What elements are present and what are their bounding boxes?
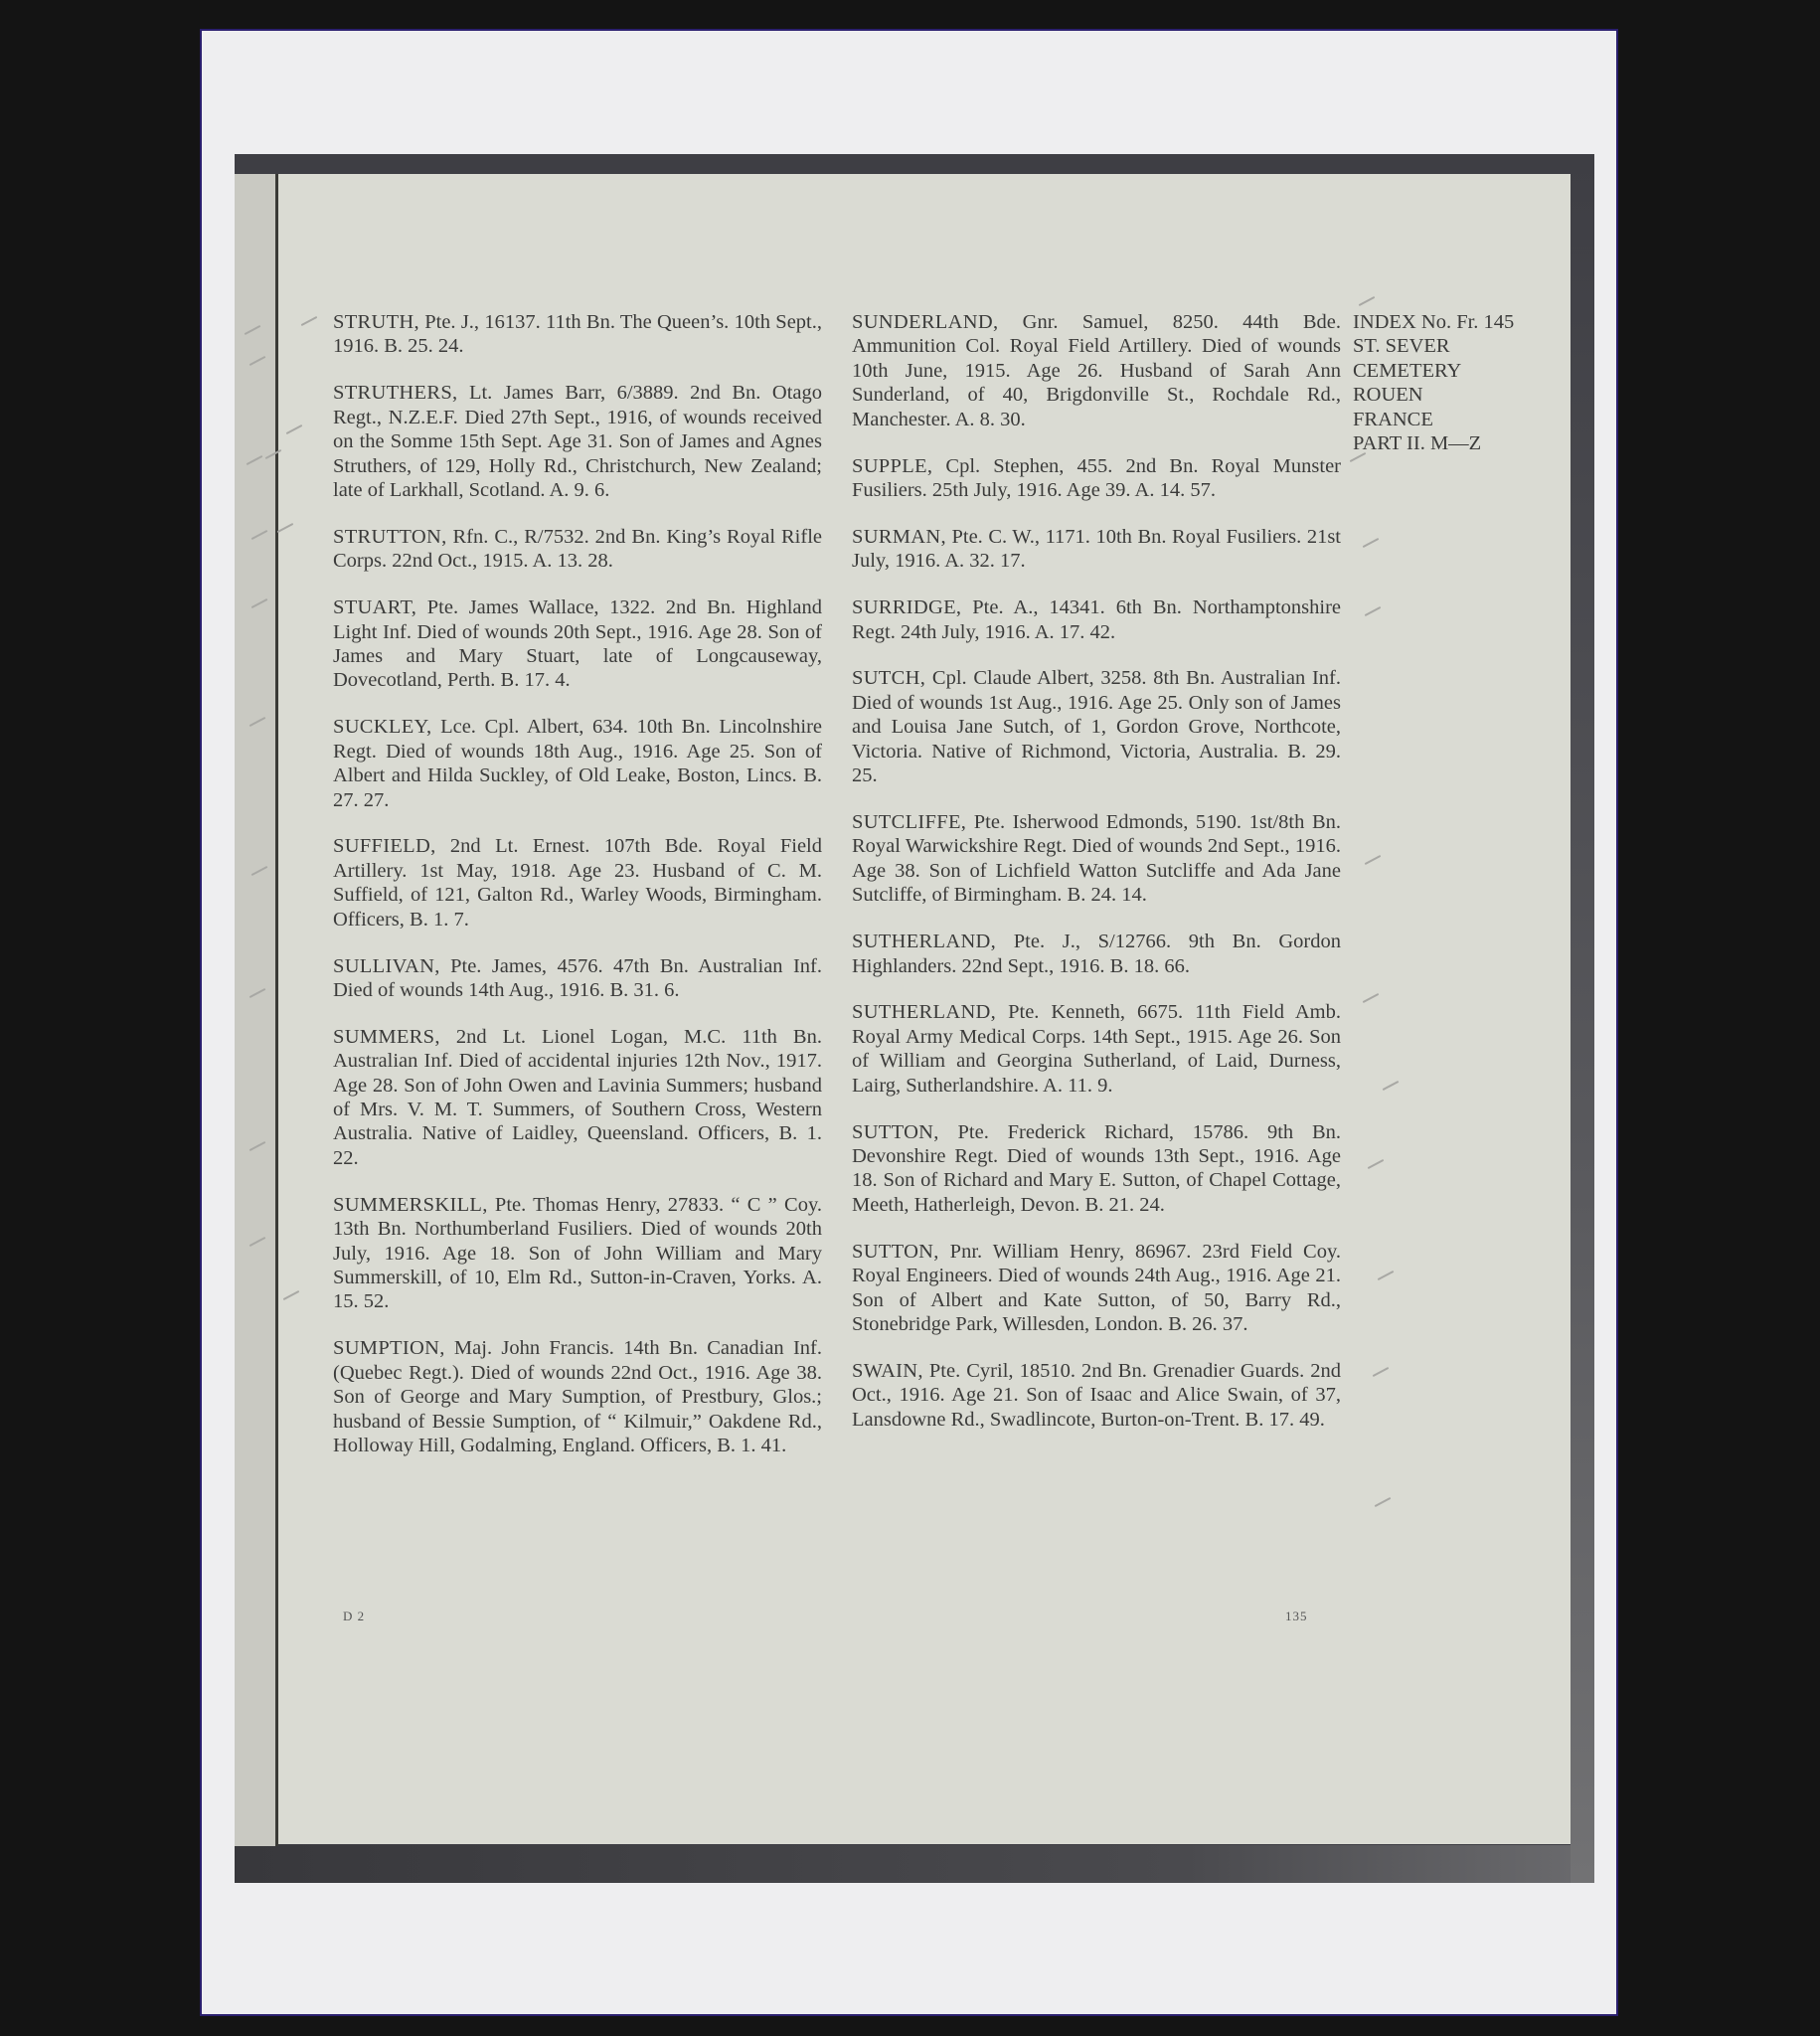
register-entry: SUTCH, Cpl. Claude Albert, 3258. 8th Bn.… <box>852 666 1341 787</box>
register-entry: STUART, Pte. James Wallace, 1322. 2nd Bn… <box>333 595 822 693</box>
photo-right-border <box>1571 154 1594 1883</box>
signature-mark: D 2 <box>343 1609 365 1624</box>
register-entry: SUPPLE, Cpl. Stephen, 455. 2nd Bn. Royal… <box>852 454 1341 503</box>
index-number: INDEX No. Fr. 145 <box>1353 310 1514 334</box>
register-entry: SUTHERLAND, Pte. Kenneth, 6675. 11th Fie… <box>852 1000 1341 1098</box>
page-spine-line <box>275 174 278 1846</box>
photo-bottom-border <box>235 1845 1594 1883</box>
register-entry: STRUTTON, Rfn. C., R/7532. 2nd Bn. King’… <box>333 525 822 574</box>
register-entry: SUTTON, Pnr. William Henry, 86967. 23rd … <box>852 1240 1341 1337</box>
register-entry: SUNDERLAND, Gnr. Samuel, 8250. 44th Bde.… <box>852 310 1341 431</box>
register-entry: SUTTON, Pte. Frederick Richard, 15786. 9… <box>852 1120 1341 1218</box>
cemetery-country: FRANCE <box>1353 408 1514 431</box>
index-part: PART II. M—Z <box>1353 431 1514 455</box>
register-column-right: SUNDERLAND, Gnr. Samuel, 8250. 44th Bde.… <box>852 310 1341 1454</box>
register-column-left: STRUTH, Pte. J., 16137. 11th Bn. The Que… <box>333 310 822 1480</box>
index-header: INDEX No. Fr. 145 ST. SEVER CEMETERY ROU… <box>1353 310 1514 455</box>
register-entry: STRUTHERS, Lt. James Barr, 6/3889. 2nd B… <box>333 381 822 502</box>
register-entry: SUMPTION, Maj. John Francis. 14th Bn. Ca… <box>333 1336 822 1457</box>
book-binding-strip <box>235 174 276 1846</box>
cemetery-city: ROUEN <box>1353 383 1514 407</box>
register-entry: SUFFIELD, 2nd Lt. Ernest. 107th Bde. Roy… <box>333 834 822 932</box>
register-entry: SWAIN, Pte. Cyril, 18510. 2nd Bn. Grenad… <box>852 1359 1341 1432</box>
register-entry: SUTCLIFFE, Pte. Isherwood Edmonds, 5190.… <box>852 810 1341 908</box>
register-entry: SUMMERS, 2nd Lt. Lionel Logan, M.C. 11th… <box>333 1025 822 1170</box>
register-entry: STRUTH, Pte. J., 16137. 11th Bn. The Que… <box>333 310 822 359</box>
register-entry: SULLIVAN, Pte. James, 4576. 47th Bn. Aus… <box>333 954 822 1003</box>
register-entry: SUMMERSKILL, Pte. Thomas Henry, 27833. “… <box>333 1193 822 1314</box>
register-entry: SURRIDGE, Pte. A., 14341. 6th Bn. Northa… <box>852 595 1341 644</box>
register-entry: SUTHERLAND, Pte. J., S/12766. 9th Bn. Go… <box>852 930 1341 978</box>
register-entry: SUCKLEY, Lce. Cpl. Albert, 634. 10th Bn.… <box>333 715 822 812</box>
cemetery-name-line-2: CEMETERY <box>1353 359 1514 383</box>
cemetery-name-line-1: ST. SEVER <box>1353 334 1514 358</box>
page-number: 135 <box>1285 1609 1308 1624</box>
register-entry: SURMAN, Pte. C. W., 1171. 10th Bn. Royal… <box>852 525 1341 574</box>
